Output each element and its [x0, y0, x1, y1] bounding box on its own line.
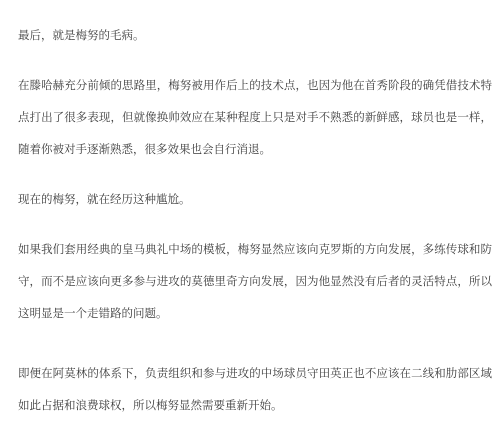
- article-paragraph: 如果我们套用经典的皇马典礼中场的模板，梅努显然应该向克罗斯的方向发展，多练传球和…: [18, 234, 492, 330]
- article-body: 最后，就是梅努的毛病。 在滕哈赫充分前倾的思路里，梅努被用作后上的技术点，也因为…: [0, 0, 500, 422]
- article-paragraph: 最后，就是梅努的毛病。: [18, 20, 492, 52]
- article-paragraph: 现在的梅努，就在经历这种尴尬。: [18, 184, 492, 216]
- article-paragraph: 即便在阿莫林的体系下，负责组织和参与进攻的中场球员守田英正也不应该在二线和肋部区…: [18, 358, 492, 422]
- article-paragraph: 在滕哈赫充分前倾的思路里，梅努被用作后上的技术点，也因为他在首秀阶段的确凭借技术…: [18, 70, 492, 166]
